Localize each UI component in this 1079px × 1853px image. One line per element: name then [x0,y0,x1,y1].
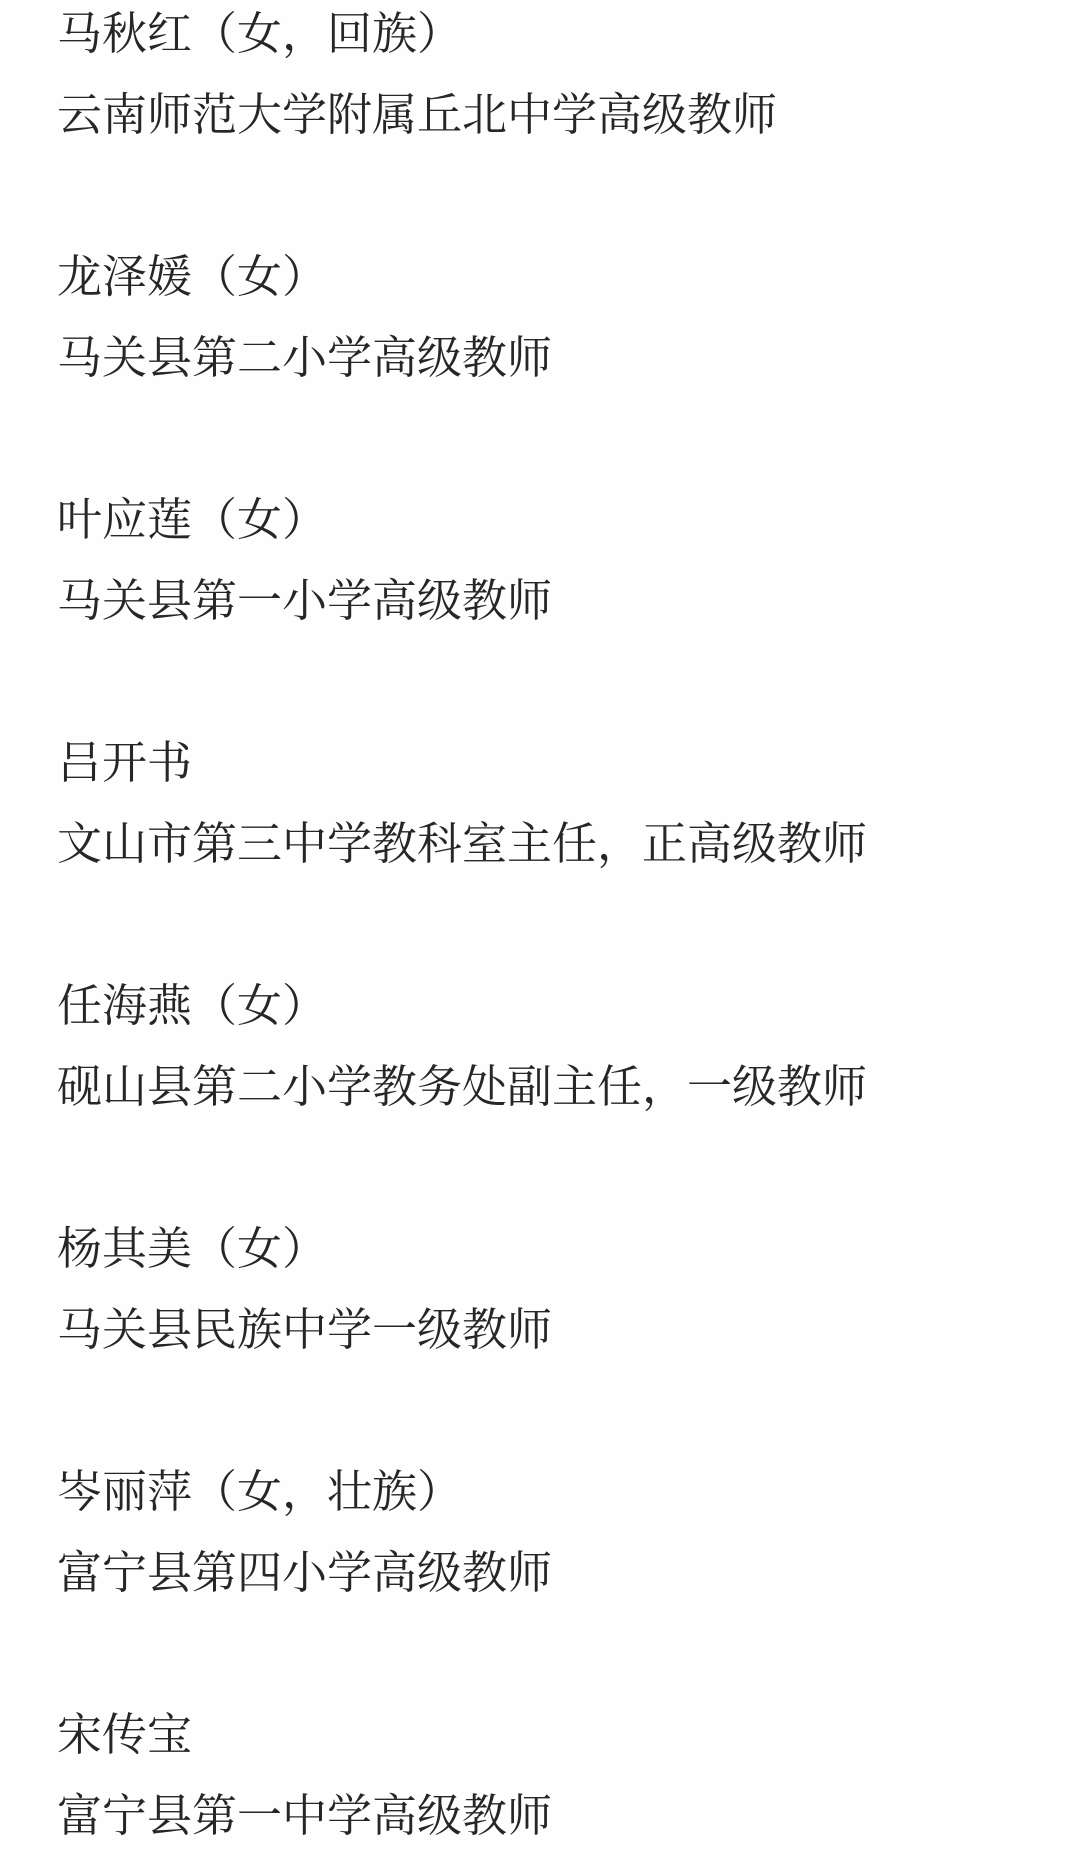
person-title: 富宁县第四小学高级教师 [57,1532,1039,1613]
person-title: 文山市第三中学教科室主任，正高级教师 [57,803,1039,884]
person-name: 杨其美（女） [57,1208,1039,1289]
person-name: 吕开书 [57,722,1039,803]
person-title: 马关县第二小学高级教师 [57,317,1039,398]
list-item: 宋传宝 富宁县第一中学高级教师 [57,1694,1039,1853]
list-item: 杨其美（女） 马关县民族中学一级教师 [57,1208,1039,1370]
person-name: 马秋红（女，回族） [57,0,1039,74]
person-title: 富宁县第一中学高级教师 [57,1775,1039,1853]
person-title: 马关县民族中学一级教师 [57,1289,1039,1370]
person-name: 任海燕（女） [57,965,1039,1046]
list-item: 岑丽萍（女，壮族） 富宁县第四小学高级教师 [57,1451,1039,1613]
person-title: 砚山县第二小学教务处副主任，一级教师 [57,1046,1039,1127]
list-item: 龙泽媛（女） 马关县第二小学高级教师 [57,236,1039,398]
list-item: 吕开书 文山市第三中学教科室主任，正高级教师 [57,722,1039,884]
person-name: 龙泽媛（女） [57,236,1039,317]
list-item: 马秋红（女，回族） 云南师范大学附属丘北中学高级教师 [57,0,1039,155]
person-name: 叶应莲（女） [57,479,1039,560]
person-name: 宋传宝 [57,1694,1039,1775]
list-item: 叶应莲（女） 马关县第一小学高级教师 [57,479,1039,641]
teacher-list: 马秋红（女，回族） 云南师范大学附属丘北中学高级教师 龙泽媛（女） 马关县第二小… [0,0,1079,1853]
person-name: 岑丽萍（女，壮族） [57,1451,1039,1532]
person-title: 马关县第一小学高级教师 [57,560,1039,641]
list-item: 任海燕（女） 砚山县第二小学教务处副主任，一级教师 [57,965,1039,1127]
person-title: 云南师范大学附属丘北中学高级教师 [57,74,1039,155]
